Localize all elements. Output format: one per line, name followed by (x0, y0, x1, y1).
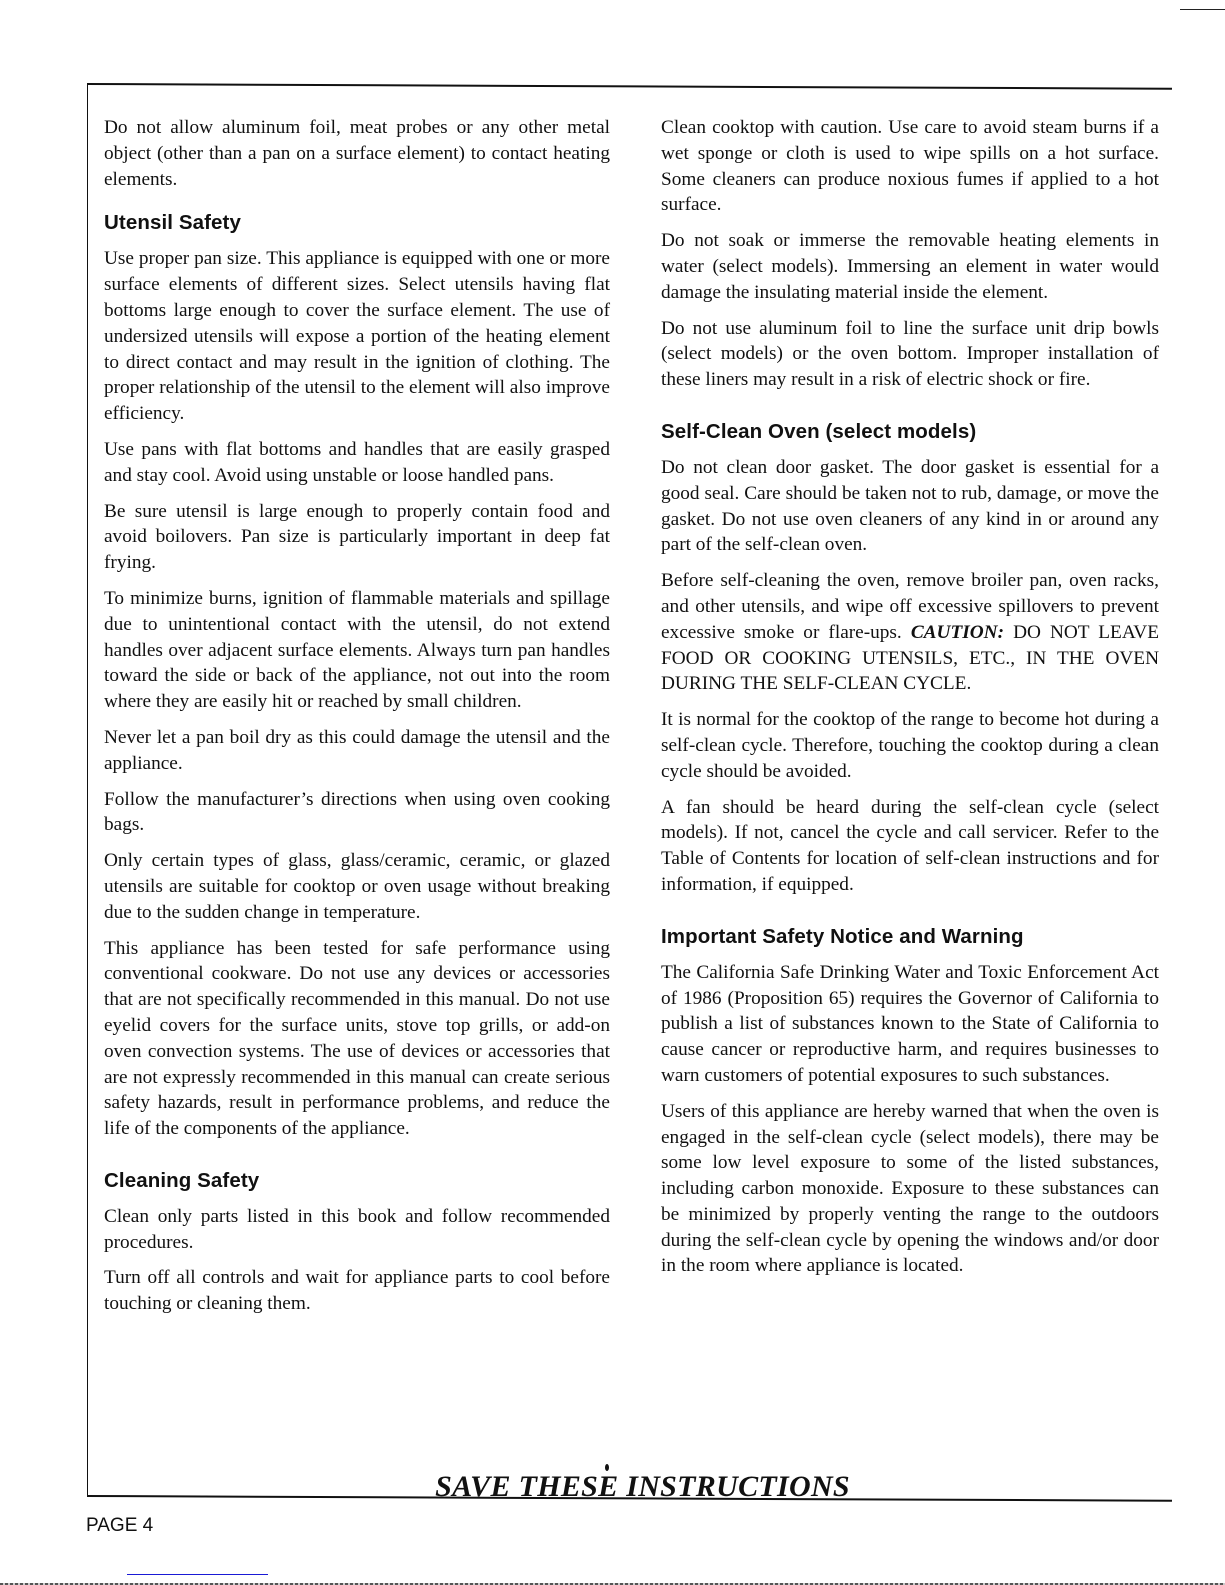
caution-label: CAUTION: (911, 622, 1004, 643)
section-heading-safety-notice: Important Safety Notice and Warning (661, 924, 1159, 950)
intro-paragraph: Do not allow aluminum foil, meat probes … (104, 115, 610, 192)
utensil-paragraph: Be sure utensil is large enough to prope… (104, 499, 610, 576)
self-clean-caution-paragraph: Before self-cleaning the oven, remove br… (661, 568, 1159, 697)
utensil-paragraph: This appliance has been tested for safe … (104, 936, 610, 1142)
cleaning-continued-paragraph: Do not use aluminum foil to line the sur… (661, 316, 1159, 393)
utensil-paragraph: Only certain types of glass, glass/ceram… (104, 848, 610, 925)
utensil-paragraph: To minimize burns, ignition of flammable… (104, 586, 610, 715)
self-clean-paragraph: Do not clean door gasket. The door gaske… (661, 455, 1159, 558)
cleaning-paragraph: Turn off all controls and wait for appli… (104, 1265, 610, 1317)
self-clean-paragraph: A fan should be heard during the self-cl… (661, 795, 1159, 898)
utensil-paragraph: Never let a pan boil dry as this could d… (104, 725, 610, 777)
right-column: Clean cooktop with caution. Use care to … (661, 115, 1159, 1289)
corner-crop-mark (1180, 9, 1225, 10)
safety-notice-paragraph: The California Safe Drinking Water and T… (661, 960, 1159, 1089)
section-heading-cleaning-safety: Cleaning Safety (104, 1168, 610, 1194)
cleaning-paragraph: Clean only parts listed in this book and… (104, 1204, 610, 1256)
utensil-paragraph: Use pans with flat bottoms and handles t… (104, 437, 610, 489)
blue-underline-rule (127, 1574, 268, 1575)
section-heading-utensil-safety: Utensil Safety (104, 210, 610, 236)
utensil-paragraph: Follow the manufacturer’s directions whe… (104, 787, 610, 839)
utensil-paragraph: Use proper pan size. This appliance is e… (104, 246, 610, 427)
cleaning-continued-paragraph: Do not soak or immerse the removable hea… (661, 228, 1159, 305)
cleaning-continued-paragraph: Clean cooktop with caution. Use care to … (661, 115, 1159, 218)
page-number: PAGE 4 (86, 1515, 153, 1537)
safety-notice-paragraph: Users of this appliance are hereby warne… (661, 1099, 1159, 1280)
save-instructions-banner: SAVE THESE INSTRUCTIONS (0, 1470, 1225, 1504)
left-column: Do not allow aluminum foil, meat probes … (104, 115, 610, 1327)
section-heading-self-clean-oven: Self-Clean Oven (select models) (661, 419, 1159, 445)
self-clean-paragraph: It is normal for the cooktop of the rang… (661, 707, 1159, 784)
